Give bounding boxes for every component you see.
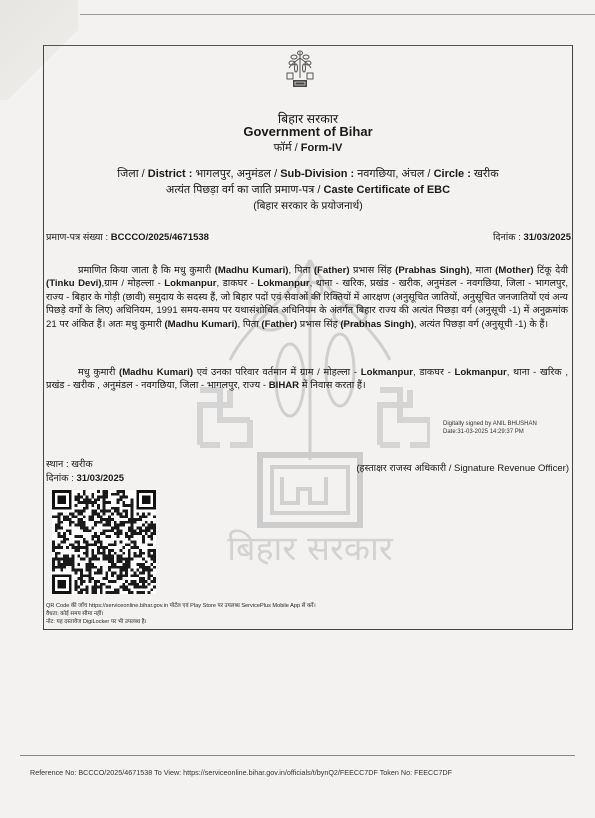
- signature-label-text: (हस्ताक्षर राजस्व अधिकारी / Signature Re…: [356, 463, 569, 474]
- form-label-hindi: फॉर्म /: [274, 142, 298, 154]
- residence-paragraph: मधु कुमारी (Madhu Kumari) एवं उनका परिवा…: [46, 366, 568, 393]
- note-validity: वैधता: कोई समय सीमा नहीं।: [46, 610, 316, 618]
- circle-label-english: Circle :: [434, 168, 471, 180]
- text-segment: , माता: [469, 265, 495, 276]
- text-segment: , डाकघर -: [217, 278, 258, 289]
- issue-place-label: स्थान :: [46, 459, 69, 470]
- bold-segment: (Madhu Kumari): [119, 367, 193, 378]
- footer-divider: [20, 755, 575, 756]
- text-segment: टिंकू देवी: [534, 265, 568, 276]
- text-segment: प्रभास सिंह: [350, 265, 396, 276]
- note-qr-verification: QR Code की जाँच https://serviceonline.bi…: [46, 602, 316, 610]
- digital-signature-block: Digitally signed by ANIL BHUSHAN Date:31…: [443, 420, 537, 436]
- subdivision-label-hindi: अनुमंडल /: [237, 168, 278, 180]
- certificate-number-value: BCCCO/2025/4671538: [111, 232, 209, 243]
- text-segment: ,ग्राम / मोहल्ला -: [102, 278, 165, 289]
- bold-segment: Lokmanpur: [454, 367, 506, 378]
- jurisdiction-line: जिला / District : भागलपुर, अनुमंडल / Sub…: [43, 166, 573, 181]
- district-value: भागलपुर,: [195, 168, 233, 180]
- text-segment: , पिता: [238, 319, 262, 330]
- bihar-bodhi-tree-emblem-icon: [285, 48, 315, 90]
- issue-place: स्थान : खरीक: [46, 458, 124, 472]
- issue-date: दिनांक : 31/03/2025: [46, 472, 124, 486]
- digital-signer: Digitally signed by ANIL BHUSHAN: [443, 420, 537, 428]
- signature-label: (हस्ताक्षर राजस्व अधिकारी / Signature Re…: [356, 461, 569, 474]
- govt-name-english: Government of Bihar: [43, 124, 573, 139]
- bold-segment: (Prabhas Singh): [395, 265, 469, 276]
- issue-date-value: 31/03/2025: [76, 473, 124, 484]
- bold-segment: (Father): [261, 319, 297, 330]
- qr-code-icon[interactable]: [52, 490, 156, 594]
- text-segment: प्रभास सिंह: [297, 319, 340, 330]
- certificate-purpose: (बिहार सरकार के प्रयोजनार्थ): [43, 199, 573, 213]
- subdivision-label-english: Sub-Division :: [280, 168, 354, 180]
- bold-segment: (Prabhas Singh): [340, 319, 414, 330]
- text-segment: , अत्यंत पिछड़ा वर्ग (अनुसूची -1) के हैं…: [414, 319, 548, 330]
- text-segment: , डाकघर -: [413, 367, 454, 378]
- scan-edge-line: [80, 14, 595, 15]
- bold-segment: Lokmanpur: [257, 278, 309, 289]
- form-label-english: Form-IV: [301, 142, 343, 154]
- text-segment: प्रमाणित किया जाता है कि मधु कुमारी: [78, 265, 215, 276]
- subdivision-value: नवगछिया,: [357, 168, 398, 180]
- district-label-hindi: जिला /: [117, 168, 144, 180]
- certificate-title: अत्यंत पिछड़ा वर्ग का जाति प्रमाण-पत्र /…: [43, 182, 573, 197]
- bold-segment: (Madhu Kumari): [215, 265, 289, 276]
- certificate-date-value: 31/03/2025: [523, 232, 571, 243]
- text-segment: एवं उनका परिवार वर्तमान में ग्राम / मोहल…: [193, 367, 361, 378]
- verification-notes: QR Code की जाँच https://serviceonline.bi…: [46, 602, 316, 626]
- district-label-english: District :: [148, 168, 193, 180]
- issue-place-date: स्थान : खरीक दिनांक : 31/03/2025: [46, 458, 124, 486]
- certificate-date-label: दिनांक :: [493, 232, 521, 243]
- circle-value: खरीक: [474, 168, 499, 180]
- bold-segment: Lokmanpur: [164, 278, 216, 289]
- certificate-title-english: Caste Certificate of EBC: [324, 184, 451, 196]
- text-segment: , पिता: [288, 265, 313, 276]
- form-label: फॉर्म / Form-IV: [43, 140, 573, 155]
- certificate-title-hindi: अत्यंत पिछड़ा वर्ग का जाति प्रमाण-पत्र /: [166, 184, 321, 196]
- issue-place-value: खरीक: [71, 459, 92, 470]
- certificate-number-label: प्रमाण-पत्र संख्या :: [46, 232, 108, 243]
- reference-footer: Reference No: BCCCO/2025/4671538 To View…: [30, 768, 452, 777]
- issue-date-label: दिनांक :: [46, 473, 74, 484]
- bold-segment: (Madhu Kumari): [164, 319, 237, 330]
- bold-segment: (Father): [314, 265, 350, 276]
- bold-segment: (Mother): [495, 265, 533, 276]
- circle-label-hindi: अंचल /: [402, 168, 431, 180]
- text-segment: में निवास करता हैं।: [299, 380, 366, 391]
- note-digilocker: नोट: यह दस्तावेज DigiLocker पर भी उपलब्ध…: [46, 618, 316, 626]
- certificate-number: प्रमाण-पत्र संख्या : BCCCO/2025/4671538: [46, 230, 209, 243]
- certification-paragraph: प्रमाणित किया जाता है कि मधु कुमारी (Mad…: [46, 264, 568, 331]
- bold-segment: BIHAR: [269, 380, 299, 391]
- certificate-date: दिनांक : 31/03/2025: [493, 230, 571, 243]
- bold-segment: (Tinku Devi): [46, 278, 102, 289]
- digital-sign-date: Date:31-03-2025 14:29:37 PM: [443, 428, 537, 436]
- text-segment: मधु कुमारी: [78, 367, 119, 378]
- bold-segment: Lokmanpur: [361, 367, 413, 378]
